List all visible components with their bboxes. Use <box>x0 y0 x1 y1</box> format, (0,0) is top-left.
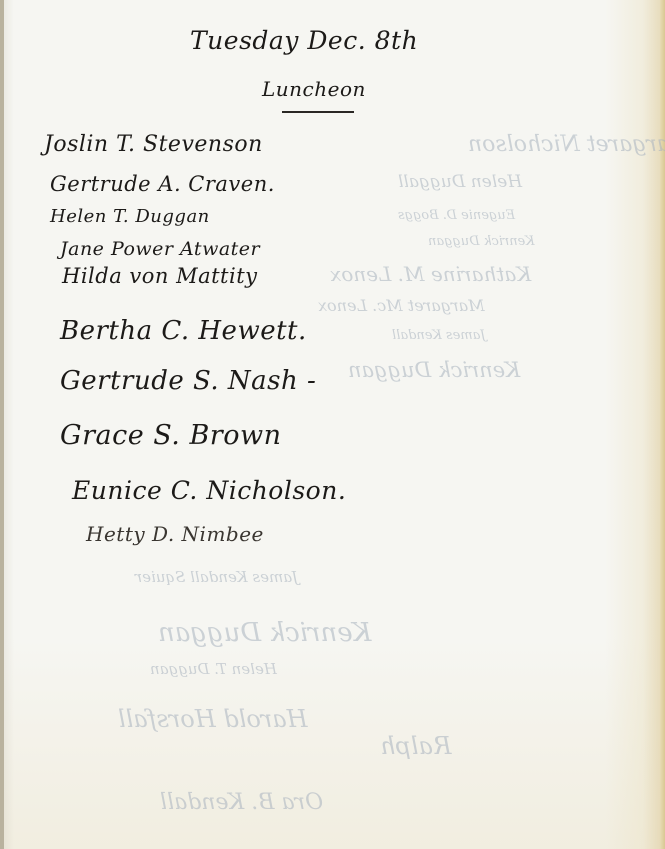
show-through-line: Harold Horsfall <box>118 705 308 733</box>
show-through-line: Ralph <box>380 732 451 760</box>
signature: Hetty D. Nimbee <box>86 522 264 546</box>
show-through-line: Katharine M. Lenox <box>330 262 531 286</box>
signature: Hilda von Mattity <box>62 264 258 288</box>
binding-edge <box>0 0 4 849</box>
signature: Bertha C. Hewett. <box>60 316 307 346</box>
signature: Jane Power Atwater <box>60 238 260 260</box>
show-through-line: Kenrick Duggan <box>428 234 535 249</box>
heading-underline <box>282 111 354 113</box>
signature: Gertrude A. Craven. <box>50 172 275 196</box>
signature: Grace S. Brown <box>60 420 281 451</box>
show-through-line: Helen Duggall <box>398 172 522 192</box>
signature: Gertrude S. Nash - <box>60 366 316 396</box>
signature: Helen T. Duggan <box>50 206 210 227</box>
heading-event: Luncheon <box>262 77 366 101</box>
show-through-line: James Kendall <box>392 328 486 343</box>
heading-date: Tuesday Dec. 8th <box>190 26 418 55</box>
show-through-line: Kenrick Duggan <box>158 618 371 648</box>
signature: Eunice C. Nicholson. <box>72 476 346 505</box>
show-through-line: Eugenie D. Boggs <box>398 208 515 223</box>
show-through-line: Ora B. Kendall <box>160 790 323 815</box>
aged-page-edge <box>660 0 665 849</box>
signature: Joslin T. Stevenson <box>44 132 263 157</box>
show-through-line: Margaret Mc. Lenox <box>318 296 485 315</box>
show-through-line: Helen T. Duggan <box>150 660 277 678</box>
show-through-line: James Kendall Squier <box>135 568 298 586</box>
show-through-line: Margaret Nicholson <box>468 132 665 157</box>
guestbook-page: Margaret Nicholson Helen Duggall Eugenie… <box>0 0 665 849</box>
show-through-line: Kenrick Duggan <box>348 358 520 382</box>
